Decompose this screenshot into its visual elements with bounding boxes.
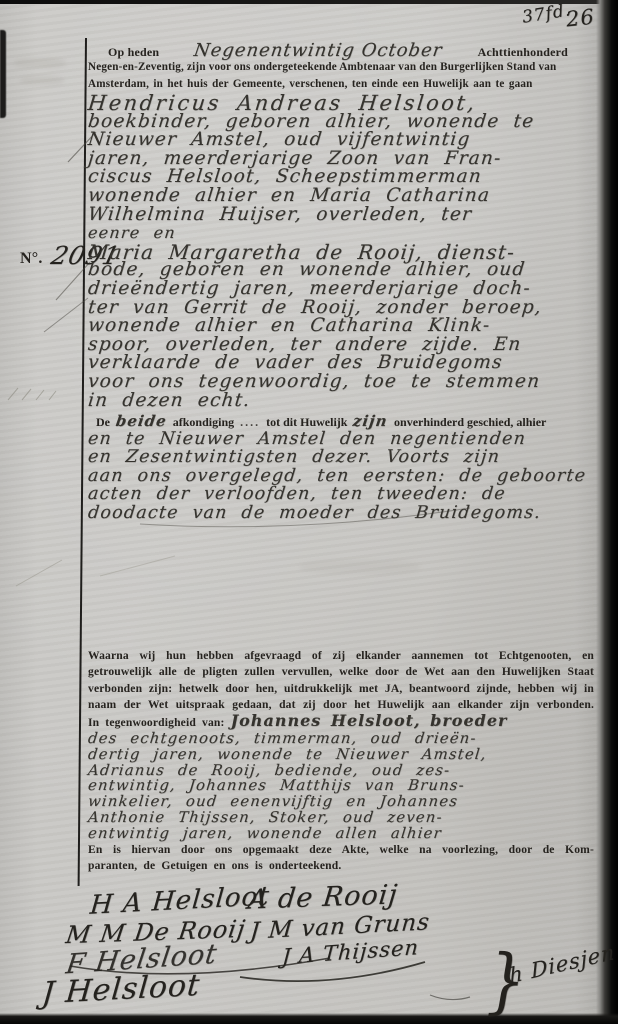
- banns-printed-afkondiging: afkondiging: [173, 415, 234, 430]
- witness-intro-printed: In tegenwoordigheid van:: [88, 716, 225, 729]
- act-line: Nieuwer Amstel, oud vijfentwintig: [87, 131, 595, 150]
- witness-inline-handwritten: Johannes Helsloot, broeder: [231, 711, 508, 730]
- banns-line: en Zesentwintigsten dezer. Voorts zijn: [87, 448, 595, 466]
- vows-paragraph: Waarna wij hun hebben afgevraagd of zij …: [88, 648, 594, 731]
- act-number-label: N°.: [20, 250, 43, 268]
- banns-line: aan ons overgelegd, ten eersten: de gebo…: [87, 467, 595, 485]
- witness-line: entwintig, Johannes Matthijs van Bruns-: [87, 778, 595, 794]
- witness-line: des echtgenoots, timmerman, oud drieën-: [87, 731, 595, 747]
- witness-line: dertig jaren, wonende te Nieuwer Amstel,: [87, 747, 595, 763]
- banns-line: acten der verloofden, ten tweeden: de: [87, 485, 595, 503]
- bleed-through-smudge: [20, 76, 64, 85]
- banns-printed-de: De: [96, 415, 110, 430]
- closing-paragraph: En is hiervan door ons opgemaakt deze Ak…: [88, 842, 594, 875]
- header-op-heden: Op heden: [108, 45, 159, 60]
- handwritten-date: Negenentwintig October: [158, 40, 479, 61]
- signature-father-bride: A de Rooij: [246, 879, 399, 915]
- vows-line-2: getrouwelijk alle de pligten zullen verv…: [88, 664, 594, 680]
- act-line: Wilhelmina Huijser, overleden, ter: [87, 206, 595, 225]
- banns-dotted-blank: ....: [240, 415, 260, 430]
- scan-edge-right: [596, 0, 618, 1024]
- banns-printed-huwelijk: tot dit Huwelijk: [266, 415, 347, 430]
- banns-line: doodacte van de moeder des Bruidegoms.: [87, 504, 595, 522]
- groom-name-line: Hendricus Andreas Helsloot,: [87, 94, 595, 113]
- header-line-3: Amsterdam, in het huis der Gemeente, ver…: [88, 76, 533, 91]
- witness-intro-line: In tegenwoordigheid van: Johannes Helslo…: [88, 713, 594, 731]
- banns-printed-geschied: onverhinderd geschied, alhier: [394, 415, 546, 430]
- act-line: in dezen echt.: [87, 392, 595, 411]
- closing-line-2: paranten, de Getuigen en ons is ondertee…: [88, 858, 594, 874]
- act-line: drieëndertig jaren, meerderjarige doch-: [87, 280, 595, 299]
- act-line: wonende alhier en Maria Catharina: [87, 187, 595, 206]
- vows-line-1: Waarna wij hun hebben afgevraagd of zij …: [88, 648, 594, 664]
- witness-line: entwintig jaren, wonende allen alhier: [87, 826, 595, 842]
- marriage-certificate-scan: 37fd. 26 N°. 2091 Op heden Negenentwinti…: [0, 0, 618, 1024]
- banns-handwritten: en te Nieuwer Amstel den negentienden en…: [88, 430, 594, 522]
- banns-hw-beide: beide: [115, 412, 168, 430]
- banns-clause-row: De beide afkondiging .... tot dit Huweli…: [96, 412, 588, 430]
- bleed-through-smudge: [300, 560, 420, 574]
- act-line: voor ons tegenwoordig, toe te stemmen: [87, 373, 595, 392]
- header-year: Achttienhonderd: [478, 45, 568, 60]
- scan-edge-left: [0, 30, 6, 118]
- act-line: wonende alhier en Catharina Klink-: [87, 317, 595, 336]
- witness-line: Anthonie Thijssen, Stoker, oud zeven-: [87, 810, 595, 826]
- banns-line: en te Nieuwer Amstel den negentienden: [87, 430, 595, 448]
- header-line-2: Negen-en-Zeventig, zijn voor ons onderge…: [88, 59, 533, 74]
- margin-rule: [78, 38, 87, 886]
- act-body-handwritten: Hendricus Andreas Helsloot, boekbinder, …: [88, 94, 594, 410]
- page-number: 26: [565, 5, 596, 32]
- closing-line-1: En is hiervan door ons opgemaakt deze Ak…: [88, 842, 594, 858]
- witnesses-handwritten: des echtgenoots, timmerman, oud drieën- …: [88, 731, 594, 842]
- header-date-row: Op heden Negenentwintig October Achttien…: [108, 40, 568, 61]
- bleed-through-smudge: [14, 58, 66, 68]
- witness-line: winkelier, oud eenenvijftig en Johannes: [87, 794, 595, 810]
- signature-brother: J Helsloot: [41, 968, 202, 1011]
- banns-hw-zijn: zijn: [352, 412, 389, 430]
- vows-line-3: verbonden zijn: hetwelk door hen, uitdru…: [88, 681, 594, 697]
- scan-edge-top: [0, 0, 618, 4]
